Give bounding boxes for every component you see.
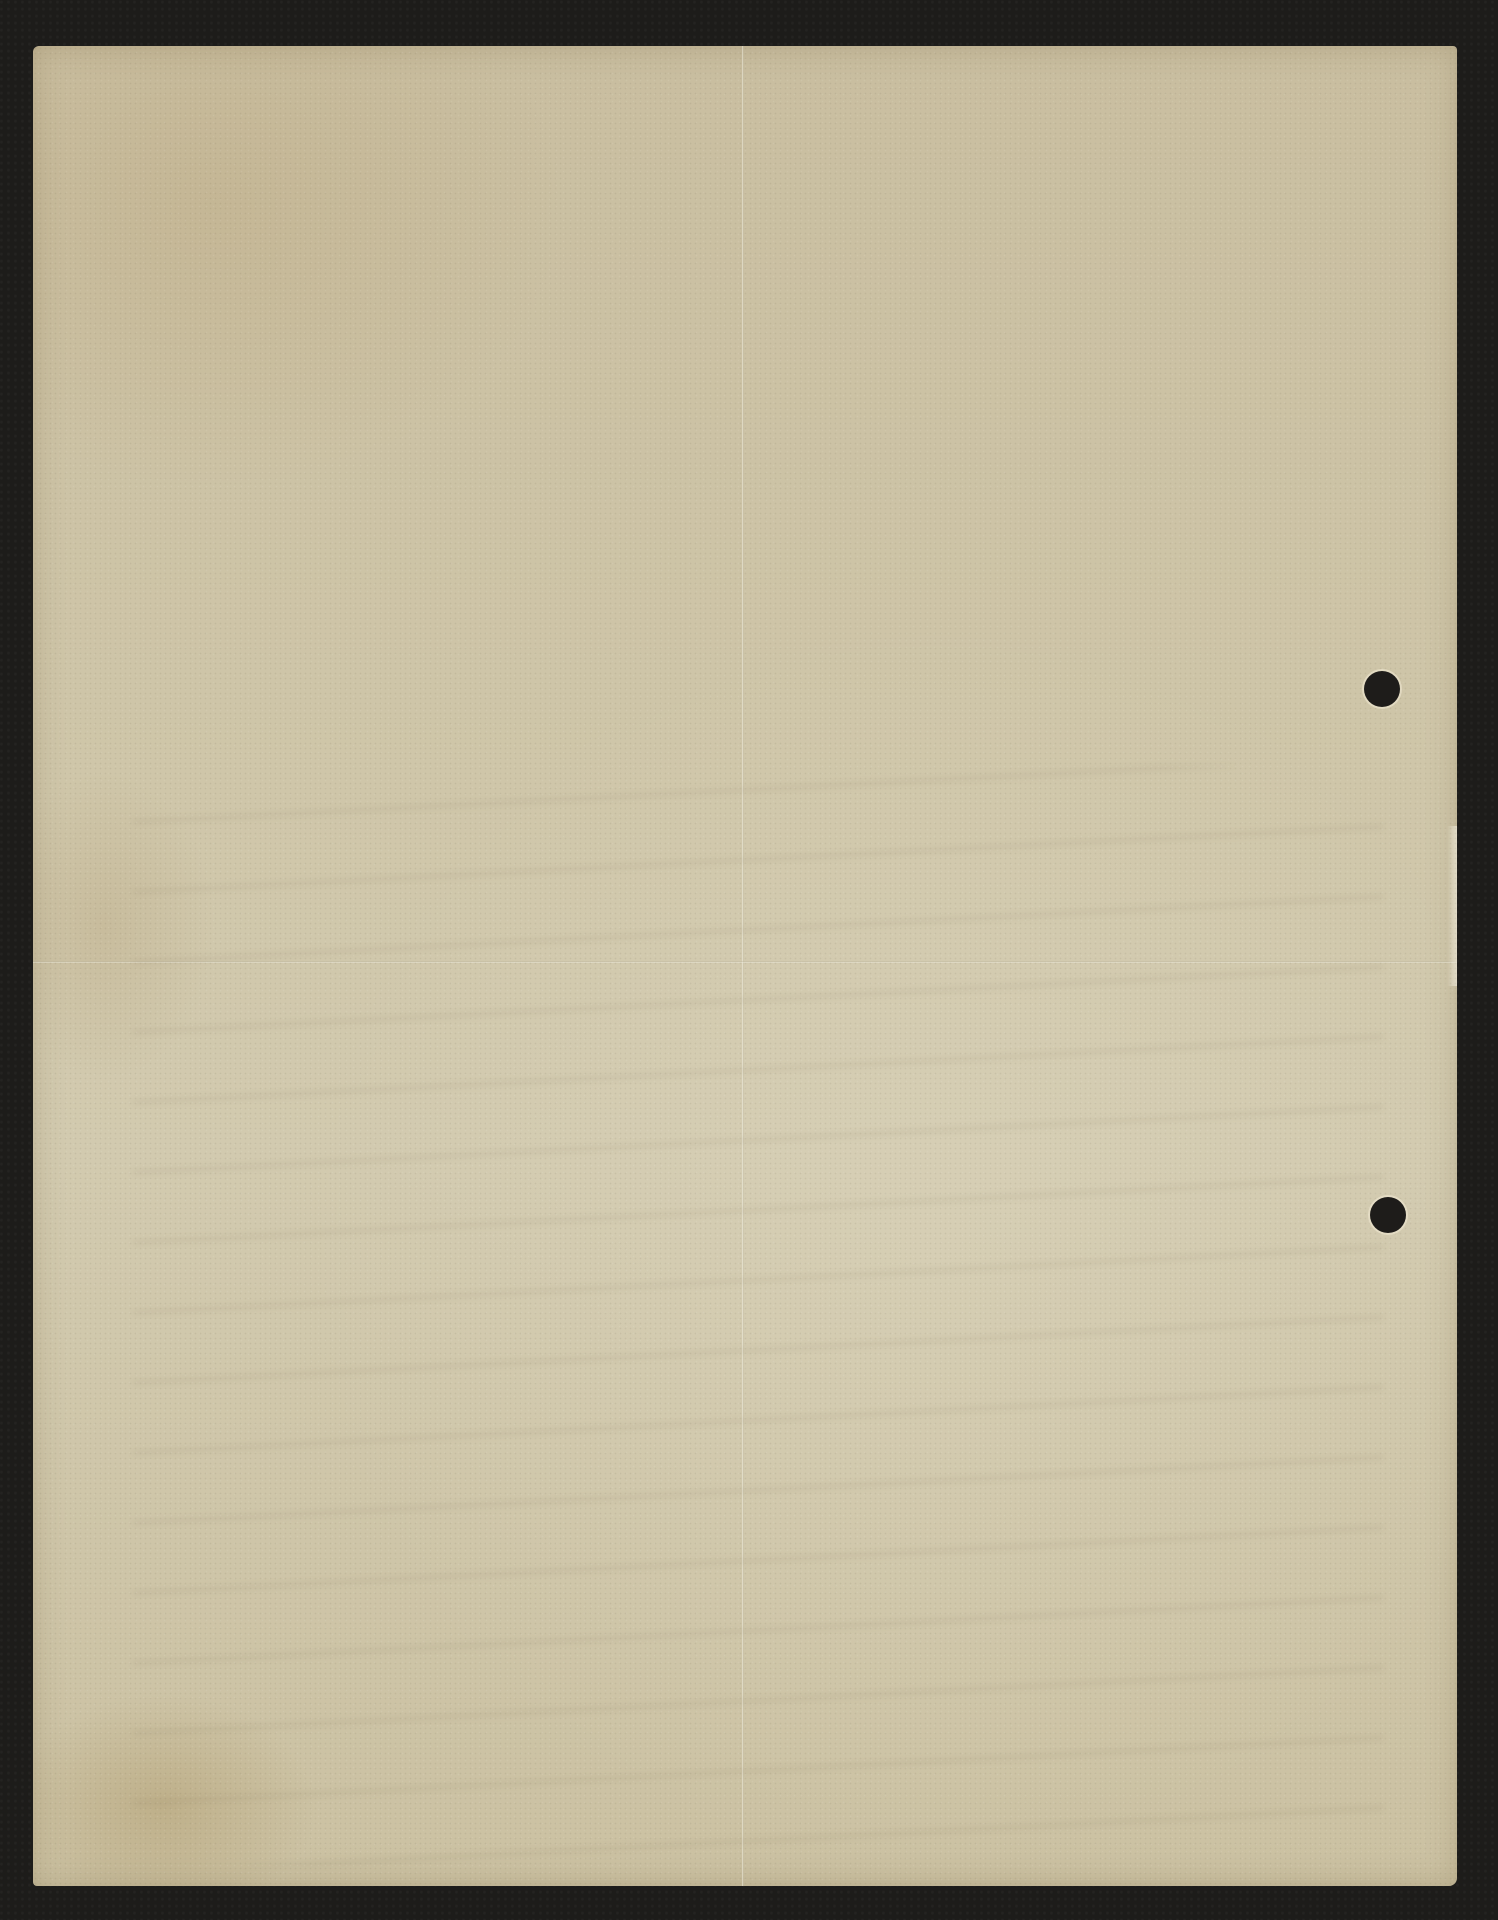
paper-sheet [33, 46, 1457, 1886]
paper-edge-wear [1447, 826, 1457, 986]
punch-hole-icon [1364, 671, 1400, 707]
ink-bleed-through-body [133, 766, 1383, 1866]
punch-hole-icon [1370, 1197, 1406, 1233]
